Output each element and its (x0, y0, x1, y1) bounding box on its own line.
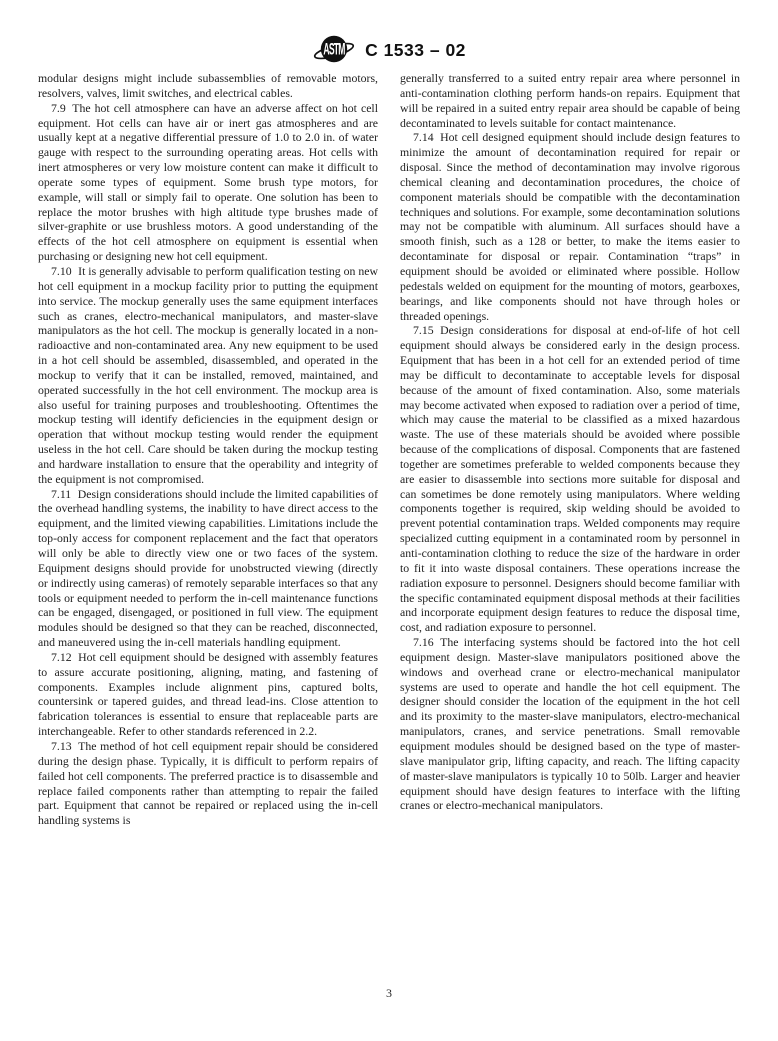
paragraph-text: The method of hot cell equipment repair … (38, 739, 378, 827)
paragraph-continuation: modular designs might include subassembl… (38, 71, 378, 101)
paragraph-text: It is generally advisable to perform qua… (38, 264, 378, 486)
left-column: modular designs might include subassembl… (38, 71, 378, 828)
document-page: ASTM C 1533 – 02 modular designs might i… (0, 0, 778, 1041)
paragraph-7-13: 7.13The method of hot cell equipment rep… (38, 739, 378, 828)
paragraph-text: generally transferred to a suited entry … (400, 71, 740, 130)
paragraph-7-10: 7.10It is generally advisable to perform… (38, 264, 378, 487)
paragraph-7-12: 7.12Hot cell equipment should be designe… (38, 650, 378, 739)
paragraph-7-16: 7.16The interfacing systems should be fa… (400, 635, 740, 813)
paragraph-7-11: 7.11Design considerations should include… (38, 487, 378, 650)
page-number: 3 (0, 986, 778, 1001)
paragraph-continuation: generally transferred to a suited entry … (400, 71, 740, 130)
astm-logo-icon: ASTM (312, 32, 356, 68)
paragraph-7-14: 7.14Hot cell designed equipment should i… (400, 130, 740, 323)
standard-designation: C 1533 – 02 (365, 40, 466, 61)
paragraph-7-9: 7.9The hot cell atmosphere can have an a… (38, 101, 378, 264)
paragraph-text: modular designs might include subassembl… (38, 71, 378, 100)
right-column: generally transferred to a suited entry … (400, 71, 740, 828)
section-number: 7.14 (413, 130, 434, 144)
paragraph-text: Hot cell equipment should be designed wi… (38, 650, 378, 738)
section-number: 7.11 (51, 487, 71, 501)
section-number: 7.12 (51, 650, 72, 664)
paragraph-text: Hot cell designed equipment should inclu… (400, 130, 740, 322)
section-number: 7.9 (51, 101, 66, 115)
paragraph-text: The interfacing systems should be factor… (400, 635, 740, 812)
body-columns: modular designs might include subassembl… (38, 71, 740, 828)
paragraph-text: Design considerations should include the… (38, 487, 378, 649)
section-number: 7.15 (413, 323, 434, 337)
paragraph-text: The hot cell atmosphere can have an adve… (38, 101, 378, 263)
section-number: 7.13 (51, 739, 72, 753)
svg-text:ASTM: ASTM (323, 39, 345, 58)
page-header: ASTM C 1533 – 02 (0, 30, 778, 70)
paragraph-7-15: 7.15Design considerations for disposal a… (400, 323, 740, 635)
paragraph-text: Design considerations for disposal at en… (400, 323, 740, 634)
section-number: 7.10 (51, 264, 72, 278)
section-number: 7.16 (413, 635, 434, 649)
